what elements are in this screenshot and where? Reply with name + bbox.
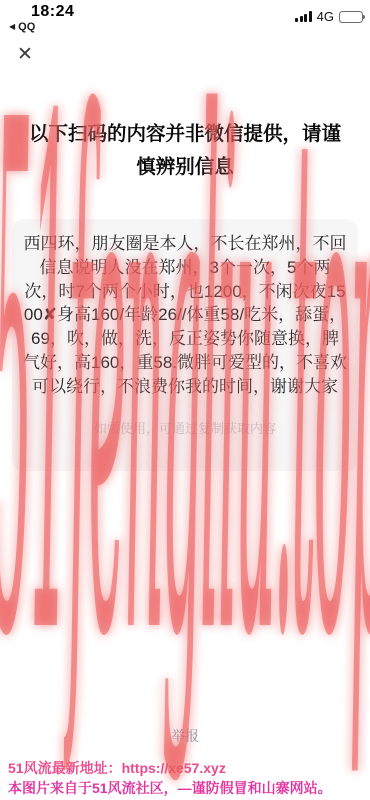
status-bar: 18:24 ◀ QQ 4G	[0, 0, 370, 40]
back-app-label: QQ	[18, 21, 35, 33]
scanned-text: 西四环，朋友圈是本人，不长在郑州，不回信息说明人没在郑州，3个一次，5个两次，时…	[23, 232, 347, 399]
footer-ad: 51风流最新地址：https://xe57.xyz 本图片来自于51风流社区，—…	[8, 758, 368, 798]
scanned-content-card: 西四环，朋友圈是本人，不长在郑州，不回信息说明人没在郑州，3个一次，5个两次，时…	[12, 219, 358, 471]
clock: 18:24	[31, 3, 74, 21]
footer-url-line: 51风流最新地址：https://xe57.xyz	[8, 758, 368, 778]
copy-hint-text: 如需使用，可通过复制获取内容	[23, 418, 347, 437]
status-indicators: 4G	[295, 9, 363, 24]
network-type-label: 4G	[317, 9, 334, 24]
close-button[interactable]: ✕	[15, 43, 35, 66]
footer-source-line: 本图片来自于51风流社区，—谨防假冒和山寨网站。	[8, 778, 368, 798]
battery-nub	[363, 15, 365, 19]
scan-result-screen: 18:24 ◀ QQ 4G ✕ 以下扫码的内容并非微信提供，请谨慎辨别信息 西四…	[0, 0, 370, 800]
signal-strength-icon	[295, 11, 312, 22]
report-link[interactable]: 举报	[0, 726, 370, 746]
scan-warning-text: 以下扫码的内容并非微信提供，请谨慎辨别信息	[0, 118, 370, 184]
back-triangle-icon: ◀	[9, 23, 15, 31]
battery-icon	[339, 11, 363, 23]
back-to-app-button[interactable]: ◀ QQ	[9, 21, 35, 33]
